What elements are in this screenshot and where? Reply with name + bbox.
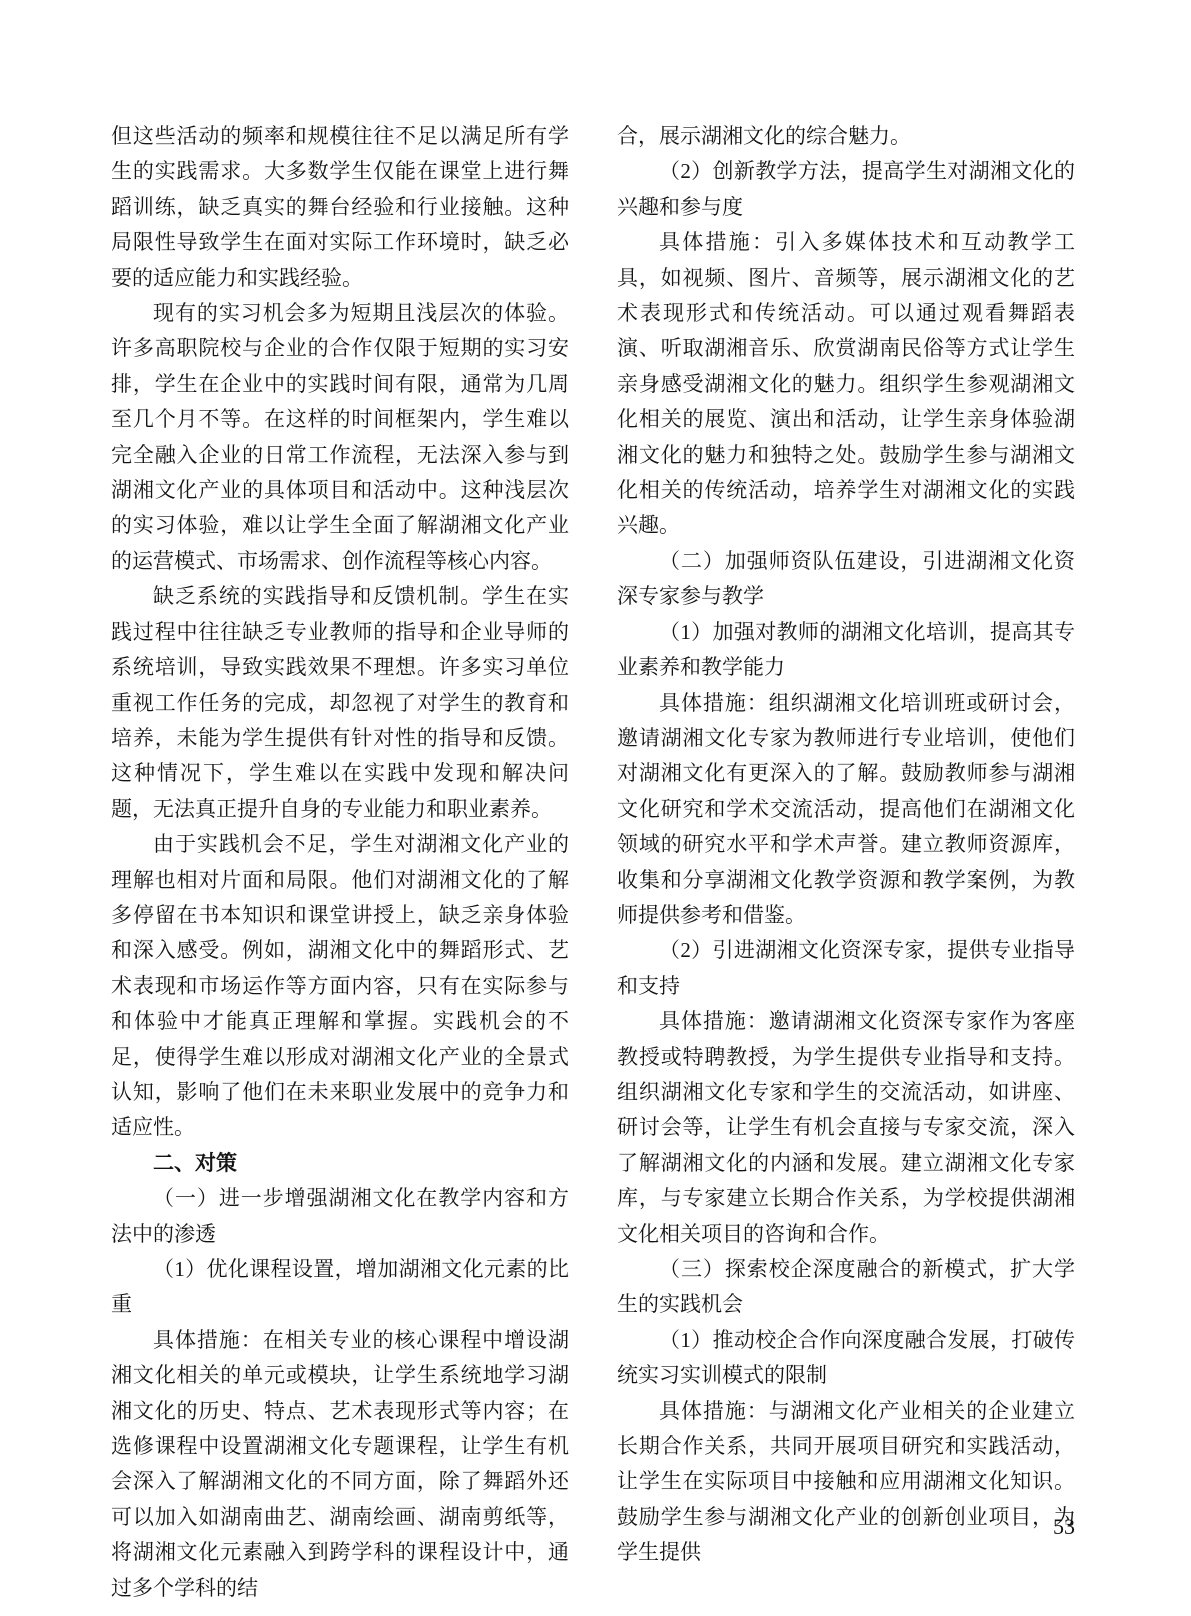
paragraph: （1）优化课程设置，增加湖湘文化元素的比重 (111, 1252, 569, 1323)
paragraph: （三）探索校企深度融合的新模式，扩大学生的实践机会 (617, 1252, 1075, 1323)
left-text-column: 但这些活动的频率和规模往往不足以满足所有学生的实践需求。大多数学生仅能在课堂上进… (111, 119, 569, 1606)
paragraph: 具体措施：邀请湖湘文化资深专家作为客座教授或特聘教授，为学生提供专业指导和支持。… (617, 1004, 1075, 1252)
paragraph: （2）创新教学方法，提高学生对湖湘文化的兴趣和参与度 (617, 154, 1075, 225)
right-text-column: 合，展示湖湘文化的综合魅力。（2）创新教学方法，提高学生对湖湘文化的兴趣和参与度… (617, 119, 1075, 1571)
paragraph: 合，展示湖湘文化的综合魅力。 (617, 119, 1075, 154)
page-number: 53 (1053, 1514, 1075, 1540)
paragraph: （1）推动校企合作向深度融合发展，打破传统实习实训模式的限制 (617, 1323, 1075, 1394)
paragraph: （一）进一步增强湖湘文化在教学内容和方法中的渗透 (111, 1181, 569, 1252)
paragraph: 具体措施：在相关专业的核心课程中增设湖湘文化相关的单元或模块，让学生系统地学习湖… (111, 1323, 569, 1606)
paragraph: 由于实践机会不足，学生对湖湘文化产业的理解也相对片面和局限。他们对湖湘文化的了解… (111, 827, 569, 1146)
paragraph: 但这些活动的频率和规模往往不足以满足所有学生的实践需求。大多数学生仅能在课堂上进… (111, 119, 569, 296)
paragraph: （二）加强师资队伍建设，引进湖湘文化资深专家参与教学 (617, 544, 1075, 615)
paragraph: 具体措施：组织湖湘文化培训班或研讨会，邀请湖湘文化专家为教师进行专业培训，使他们… (617, 686, 1075, 934)
paragraph: 缺乏系统的实践指导和反馈机制。学生在实践过程中往往缺乏专业教师的指导和企业导师的… (111, 579, 569, 827)
paragraph: 具体措施：与湖湘文化产业相关的企业建立长期合作关系，共同开展项目研究和实践活动，… (617, 1394, 1075, 1571)
section-heading: 二、对策 (111, 1146, 569, 1181)
paragraph: 现有的实习机会多为短期且浅层次的体验。许多高职院校与企业的合作仅限于短期的实习安… (111, 296, 569, 579)
paragraph: 具体措施：引入多媒体技术和互动教学工具，如视频、图片、音频等，展示湖湘文化的艺术… (617, 225, 1075, 544)
document-page: 但这些活动的频率和规模往往不足以满足所有学生的实践需求。大多数学生仅能在课堂上进… (0, 0, 1191, 1616)
paragraph: （1）加强对教师的湖湘文化培训，提高其专业素养和教学能力 (617, 615, 1075, 686)
paragraph: （2）引进湖湘文化资深专家，提供专业指导和支持 (617, 933, 1075, 1004)
